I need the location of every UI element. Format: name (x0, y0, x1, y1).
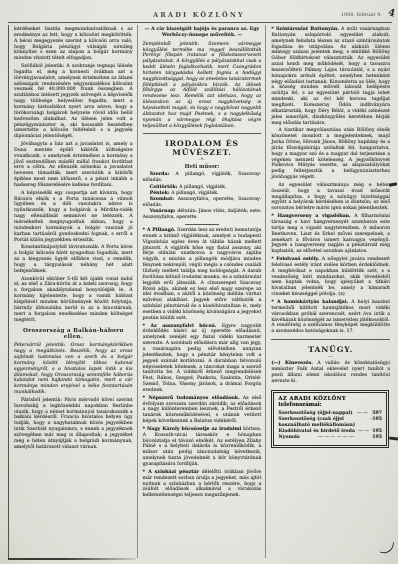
phone-directory-entry: Szerkesztőség (csak éjjel használható me… (278, 417, 382, 429)
phone-directory-title: AZ ARADI KÖZLÖNY telefonszámai: (278, 396, 382, 408)
article-paragraph: Pétervárról jelentik: Orosz kormánykörök… (14, 343, 133, 396)
masthead-title: ARADI KÖZLÖNY (0, 11, 398, 19)
article-paragraph: * Nagy Károly búcsúestje az irodalmi kör… (143, 427, 262, 468)
heading-ornament: -*- (143, 158, 262, 162)
department-heading-irodalom: IRODALOM ÉS MŰVÉSZET. (143, 139, 262, 157)
divider-rule (271, 339, 390, 340)
article-paragraph: * A hamiskártyás kalandjai. A helyi kasz… (271, 300, 390, 335)
article-paragraph: * Az asszonyfalvi búcsú. Egyre nagyobb é… (143, 324, 262, 394)
article-paragraph: Azonkívül október 5-től két újabb vonal … (14, 277, 133, 324)
paragraph-lead-in: * Az asszonyfalvi búcsú. (143, 324, 217, 329)
column-left: kérdéseket tisztán megmondanivalóknak s … (8, 25, 137, 558)
heading-ornament: — (271, 355, 390, 359)
article-paragraph: Konstantinápolyból táviratozzák: A Porta… (14, 245, 133, 274)
program-line: Szombat: Asszonyfalva, operette, Szacsva… (143, 197, 262, 209)
paragraph-lead-in: * Hangverseny a vigadóban. (271, 214, 350, 219)
paragraph-lead-in: (—) Kinevezés. (271, 361, 313, 366)
paragraph-lead-in: * A hamiskártyás kalandjai. (271, 300, 348, 305)
paragraph-lead-in: * Színtársulat Battonyán. (271, 27, 339, 32)
paragraph-lead-in: * Felolvasó estély. (271, 257, 319, 262)
paragraph-lead-in: * Nagy Károly búcsúestje az irodalmi (143, 427, 242, 432)
article-paragraph: A képviselők egy csoportja azt kívánta, … (14, 191, 133, 244)
article-paragraph: * Hangverseny a vigadóban. A filharmónia… (271, 214, 390, 255)
paragraph-lead-in: * Népszerű tudományos előadások. (143, 396, 240, 401)
article-lead: — A cár kiszolgált hajója és parancs az.… (143, 27, 262, 39)
paragraph-lead-in: * A színházi pénztár (143, 470, 199, 475)
section-heading-balkan: Oroszország a Balkán-háboru ellen. (14, 328, 133, 340)
scan-smudge (8, 558, 136, 560)
page-header: ARADI KÖZLÖNY 1908. február 9. (0, 9, 398, 22)
newspaper-page: ARADI KÖZLÖNY 1908. február 9. kérdéseke… (0, 0, 398, 564)
phone-directory-entry: Nyomda— — — — — —195 (278, 435, 382, 441)
article-paragraph: Zemplénből jelentik: Szemere vármegye kö… (143, 42, 262, 130)
program-line: Péntek: A pillangó, vígjáték. (143, 191, 262, 197)
program-line: Vasárnap: délután: János vitéz, daljáték… (143, 209, 262, 221)
column-middle: — A cár kiszolgált hajója és parancs az.… (137, 25, 266, 558)
article-paragraph: * Színtársulat Battonyán. A múlt vasárna… (271, 27, 390, 126)
article-paragraph: kérdéseket tisztán megmondanivalóknak s … (14, 27, 133, 62)
theatre-program: Szerda: A pillangó, vígjáték, Szacsvay-e… (143, 172, 262, 221)
issue-date: 1908. február 9. (341, 12, 382, 18)
program-line: Szerda: A pillangó, vígjáték, Szacsvay-e… (143, 172, 262, 184)
phone-directory-box: AZ ARADI KÖZLÖNY telefonszámai:Szerkeszt… (271, 390, 389, 448)
divider-rule (185, 224, 219, 225)
masthead-rule (8, 22, 392, 23)
article-paragraph: Az egyesület választmánya még e héten ös… (271, 183, 390, 212)
program-line: Csütörtök: A pillangó, vígjáték. (143, 185, 262, 191)
article-paragraph: * Felolvasó estély. A nőegylet javára re… (271, 257, 390, 298)
article-paragraph: Szófiából jelentik: A szobranje tegnapi … (14, 64, 133, 140)
article-paragraph: (—) Kinevezés. A vallás- és közoktatásüg… (271, 361, 390, 384)
column-right: * Színtársulat Battonyán. A múlt vasárna… (265, 25, 394, 558)
article-paragraph: Párisból jelentik: Páris mérvadó körei s… (14, 398, 133, 451)
article-paragraph: Jóváhagyta a ház azt a javaslatot is, am… (14, 142, 133, 189)
article-paragraph: * Népszerű tudományos előadások. Az első… (143, 396, 262, 425)
paragraph-lead-in: * A Pillangó. (143, 228, 176, 233)
article-paragraph: A tisztikar megválasztása után Böllöny e… (271, 128, 390, 181)
program-heading: Heti műsor: (143, 164, 262, 170)
article-paragraph: * A színházi pénztár délelőtti órákban j… (143, 470, 262, 499)
department-heading-tanugy: TANÜGY. (271, 345, 390, 354)
columns-area: kérdéseket tisztán megmondanivalóknak s … (8, 25, 394, 558)
article-paragraph: * A Pillangó. Szerdán lesz az eredeti be… (143, 228, 262, 322)
divider-rule (143, 133, 262, 134)
